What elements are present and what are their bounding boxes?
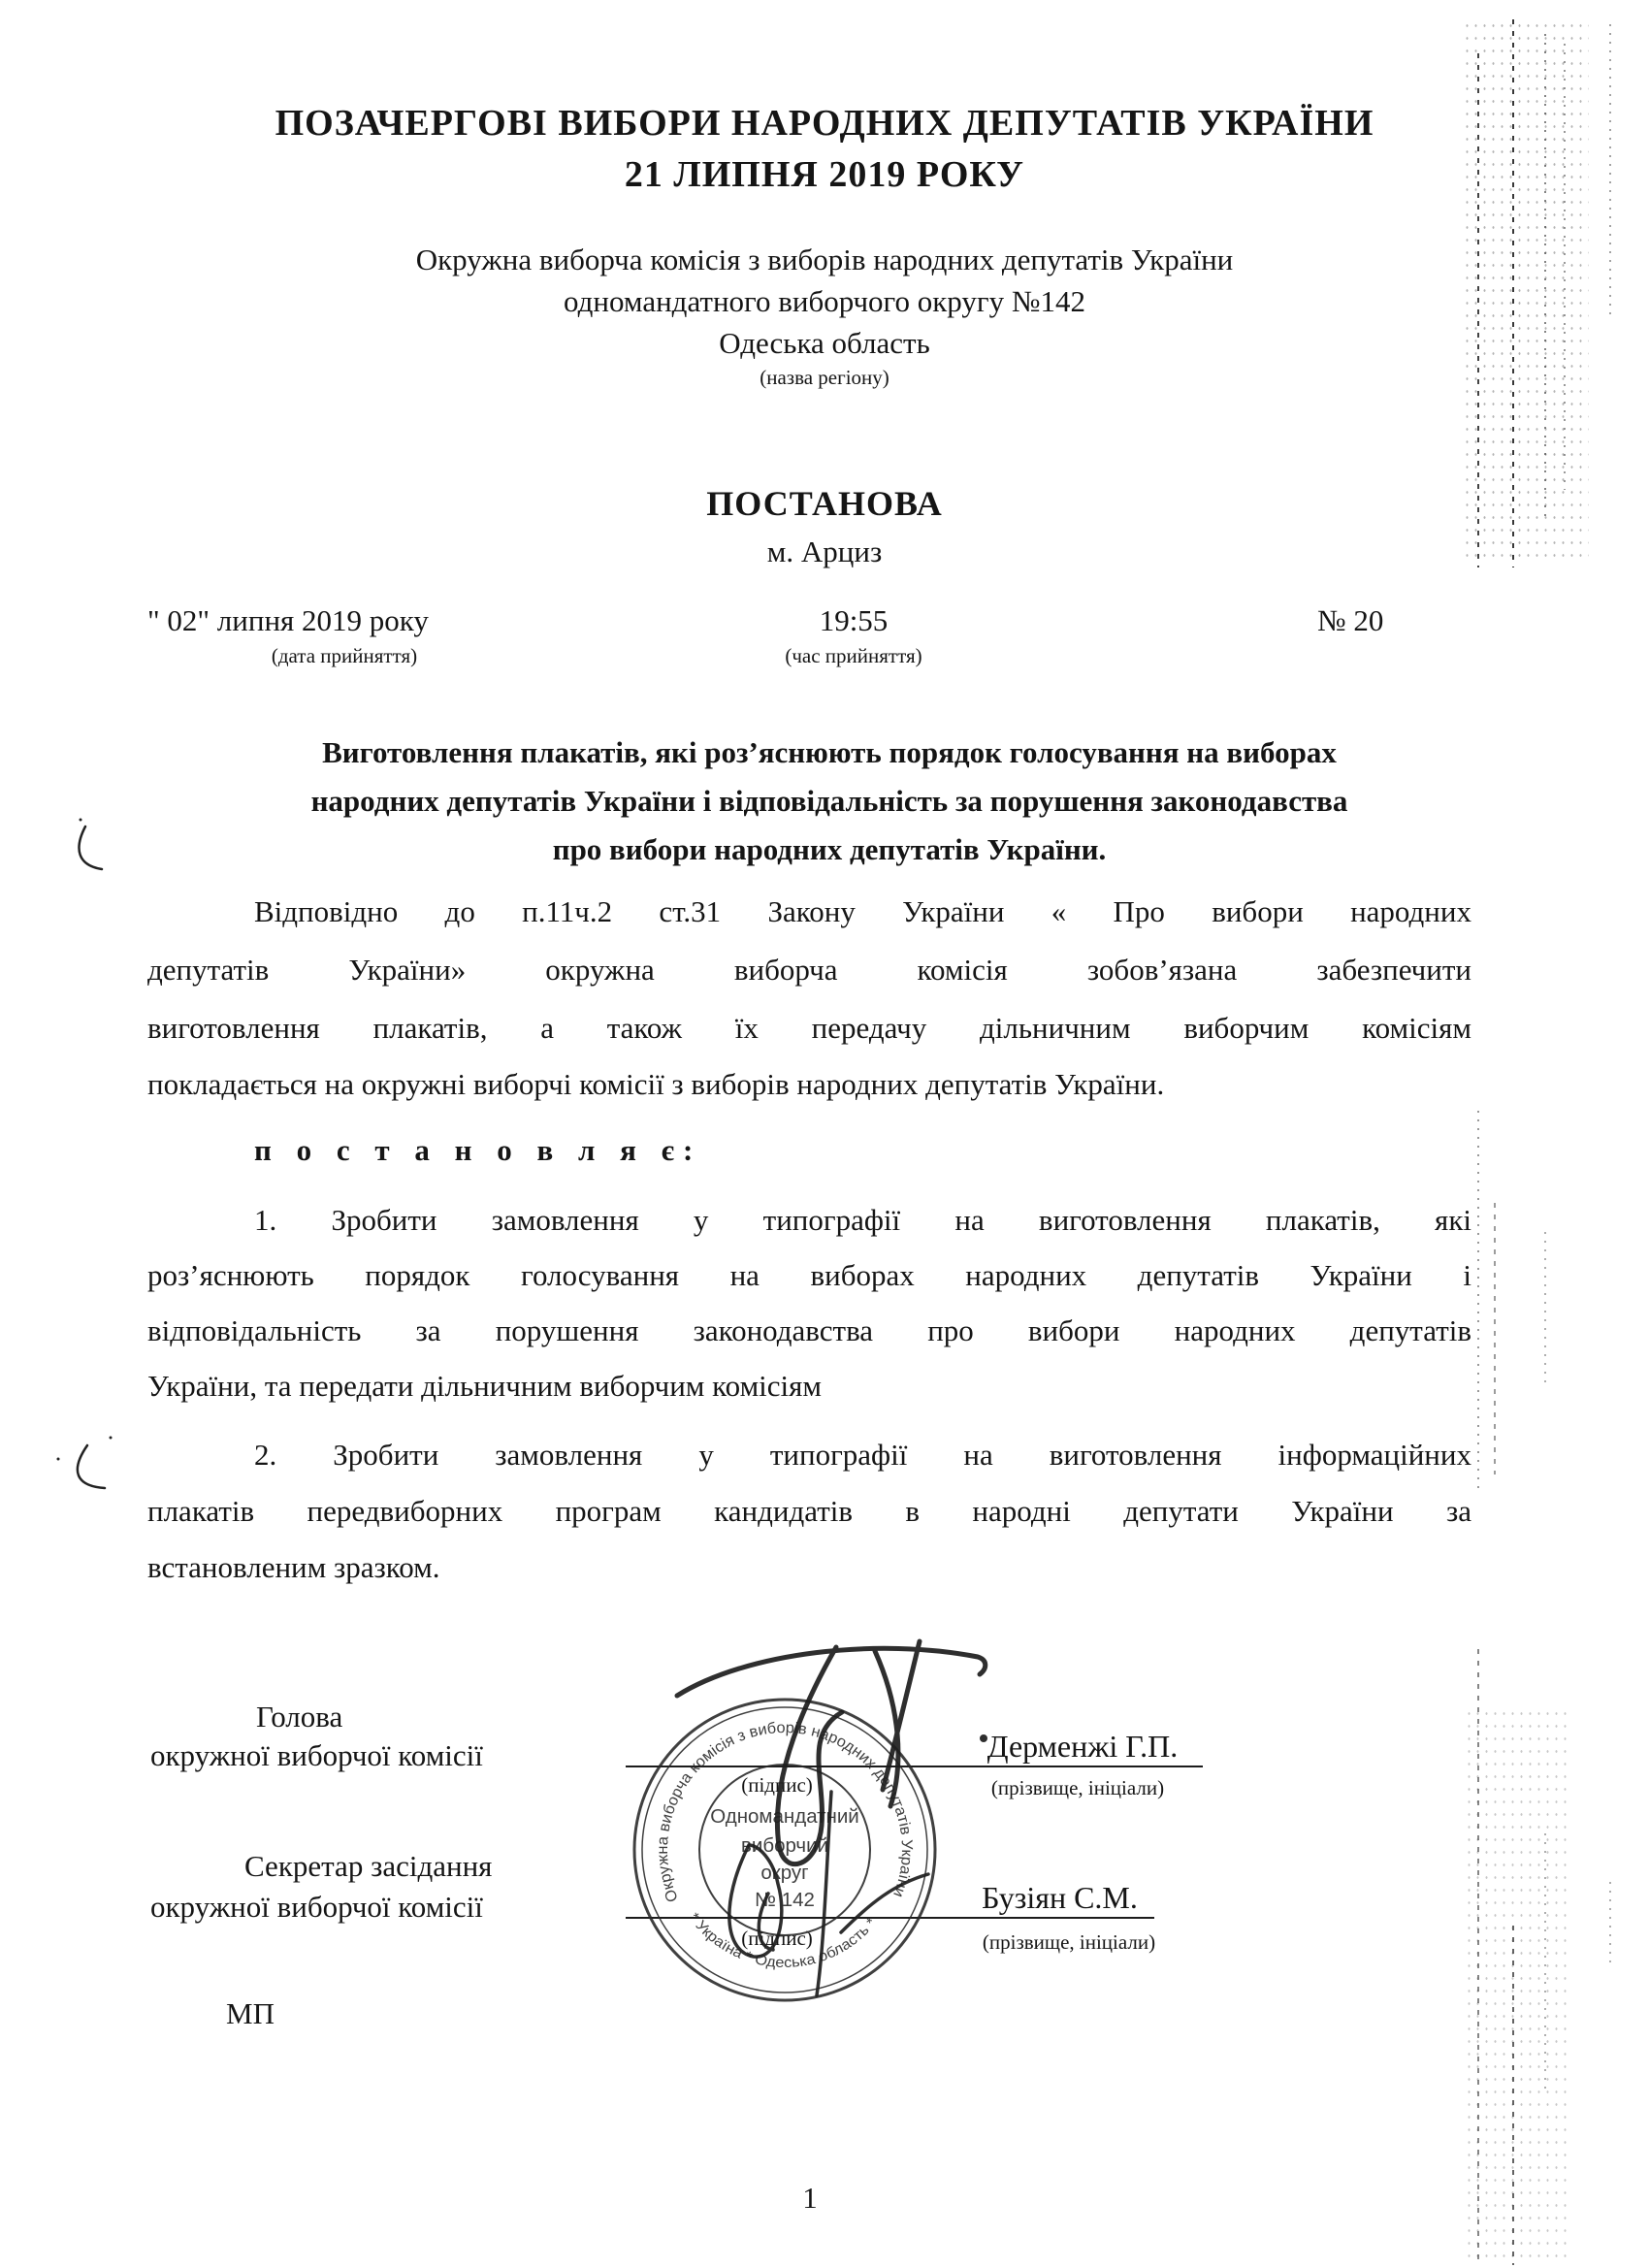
scan-noise bbox=[1609, 24, 1611, 315]
sig2-title-line1: Секретар засідання bbox=[244, 1849, 492, 1884]
scan-noise bbox=[1477, 1111, 1479, 1489]
sig1-title-line2: окружної виборчої комісії bbox=[150, 1738, 483, 1773]
document-title-line2: 21 ЛИПНЯ 2019 РОКУ bbox=[165, 153, 1484, 196]
resolves-label: п о с т а н о в л я є: bbox=[254, 1133, 701, 1168]
secretary-signature bbox=[729, 1792, 928, 1995]
region-note: (назва регіону) bbox=[165, 366, 1484, 390]
pen-mark bbox=[48, 1434, 136, 1507]
item2-line: плакатів передвиборних програм кандидаті… bbox=[147, 1494, 1471, 1529]
subject-line: Виготовлення плакатів, які роз’яснюють п… bbox=[155, 735, 1503, 770]
seal-abbr: МП bbox=[226, 1996, 275, 2031]
sig1-title-line1: Голова bbox=[256, 1700, 342, 1734]
page-number: 1 bbox=[761, 2181, 858, 2216]
handwritten-signatures bbox=[582, 1601, 1086, 2018]
scan-noise bbox=[1465, 1707, 1571, 2265]
item1-line: 1. Зробити замовлення у типографії на ви… bbox=[147, 1203, 1471, 1238]
item1-line: України, та передати дільничним виборчим… bbox=[147, 1369, 1471, 1404]
doc-time: 19:55 bbox=[776, 603, 931, 638]
doc-date: " 02" липня 2019 року bbox=[147, 603, 429, 638]
intro-line: покладається на окружні виборчі комісії … bbox=[147, 1067, 1471, 1102]
item2-line: 2. Зробити замовлення у типографії на ви… bbox=[147, 1438, 1471, 1473]
doc-number: № 20 bbox=[1317, 603, 1383, 638]
scan-noise bbox=[1609, 1882, 1611, 1969]
scan-noise bbox=[1544, 1232, 1546, 1387]
scan-noise bbox=[1494, 1203, 1496, 1474]
commission-name-line2: одномандатного виборчого округу №142 bbox=[165, 284, 1484, 319]
item1-line: відповідальність за порушення законодавс… bbox=[147, 1313, 1471, 1348]
intro-line: виготовлення плакатів, а також їх переда… bbox=[147, 1011, 1471, 1046]
sig2-title-line2: окружної виборчої комісії bbox=[150, 1890, 483, 1925]
doc-date-note: (дата прийняття) bbox=[233, 644, 456, 668]
intro-line: депутатів України» окружна виборча коміс… bbox=[147, 953, 1471, 988]
scan-noise bbox=[1463, 19, 1589, 563]
commission-name-line1: Окружна виборча комісія з виборів народн… bbox=[165, 243, 1484, 277]
doc-city: м. Арциз bbox=[165, 535, 1484, 569]
subject-line: про вибори народних депутатів України. bbox=[155, 832, 1503, 867]
doc-time-note: (час прийняття) bbox=[747, 644, 960, 668]
scanned-document-page: { "header": { "title_line1": "ПОЗАЧЕРГОВ… bbox=[0, 0, 1649, 2268]
doc-type-heading: ПОСТАНОВА bbox=[165, 483, 1484, 524]
item2-line: встановленим зразком. bbox=[147, 1550, 1471, 1585]
region-name: Одеська область bbox=[165, 326, 1484, 361]
document-title-line1: ПОЗАЧЕРГОВІ ВИБОРИ НАРОДНИХ ДЕПУТАТІВ УК… bbox=[165, 102, 1484, 145]
chairman-signature bbox=[677, 1641, 987, 1864]
intro-line: Відповідно до п.11ч.2 ст.31 Закону Украї… bbox=[147, 894, 1471, 929]
item1-line: роз’яснюють порядок голосування на вибор… bbox=[147, 1258, 1471, 1293]
pen-mark bbox=[48, 810, 126, 888]
subject-line: народних депутатів України і відповідаль… bbox=[155, 784, 1503, 819]
